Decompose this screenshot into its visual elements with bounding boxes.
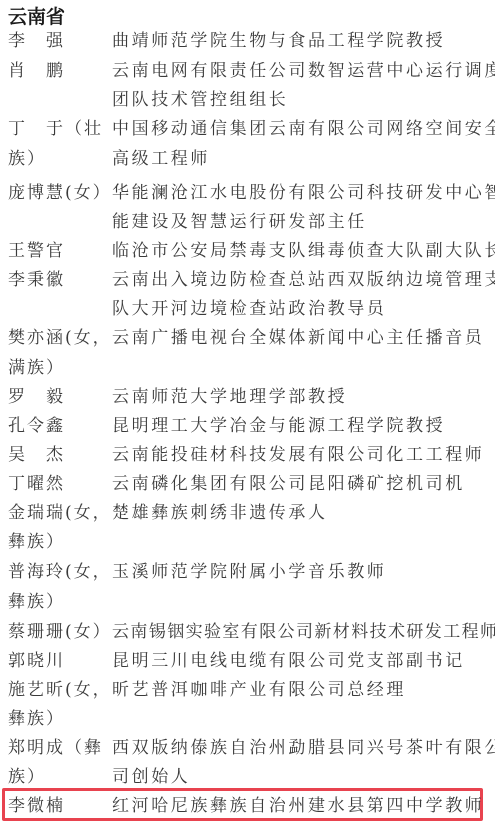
entry-name: 丁 于（壮 (8, 118, 103, 140)
entry-name: 丁曜然 (8, 473, 65, 495)
entry-name: 李 强 (8, 30, 65, 52)
entry-desc: 云南锡铟实验室有限公司新材料技术研发工程师 (112, 621, 495, 643)
entry-name: 施艺昕(女， (8, 679, 112, 701)
entry-name: 郑明成（彝 (8, 737, 103, 759)
entry-name: 彝族） (8, 708, 65, 730)
entry-name: 蔡珊珊(女） (8, 621, 112, 643)
entry-desc: 昆明三川电线电缆有限公司党支部副书记 (112, 650, 465, 672)
entry-name: 彝族） (8, 531, 65, 553)
entry-desc: 临沧市公安局禁毒支队缉毒侦查大队副大队长 (112, 240, 495, 262)
entry-name: 普海玲(女， (8, 561, 112, 583)
entry-name: 郭晓川 (8, 650, 65, 672)
entry-name: 王警官 (8, 240, 65, 262)
entry-desc: 曲靖师范学院生物与食品工程学院教授 (112, 30, 445, 52)
entry-desc: 中国移动通信集团云南有限公司网络空间安全 (112, 118, 495, 140)
entry-desc: 高级工程师 (112, 148, 210, 170)
entry-desc: 楚雄彝族刺绣非遗传承人 (112, 502, 328, 524)
entry-name: 罗 毅 (8, 386, 65, 408)
entry-desc: 云南师范大学地理学部教授 (112, 386, 347, 408)
entry-name: 樊亦涵(女， (8, 327, 112, 349)
entry-desc: 昕艺普洱咖啡产业有限公司总经理 (112, 679, 406, 701)
entry-name: 吴 杰 (8, 444, 65, 466)
entry-desc: 云南电网有限责任公司数智运营中心运行调度 (112, 60, 495, 82)
entry-name: 满族） (8, 357, 65, 379)
entry-desc: 西双版纳傣族自治州勐腊县同兴号茶叶有限公 (112, 737, 495, 759)
entry-name: 族） (8, 766, 46, 788)
entry-desc: 云南磷化集团有限公司昆阳磷矿挖机司机 (112, 473, 465, 495)
entry-desc: 能建设及智慧运行研发部主任 (112, 211, 367, 233)
entry-desc: 红河哈尼族彝族自治州建水县第四中学教师 (112, 795, 484, 817)
entry-name: 李秉徽 (8, 269, 65, 291)
entry-desc: 华能澜沧江水电股份有限公司科技研发中心智 (112, 182, 495, 204)
section-title-yunnan: 云南省 (8, 2, 65, 29)
entry-desc: 队大开河边境检查站政治教导员 (112, 298, 386, 320)
entry-name: 肖 鹏 (8, 60, 65, 82)
entry-name: 金瑞瑞(女， (8, 502, 112, 524)
entry-desc: 云南能投硅材科技发展有限公司化工工程师 (112, 444, 484, 466)
entry-desc: 云南出入境边防检查总站西双版纳边境管理支 (112, 269, 495, 291)
entry-name: 彝族） (8, 591, 65, 613)
entry-desc: 玉溪师范学院附属小学音乐教师 (112, 561, 386, 583)
entry-name: 李微楠 (8, 795, 65, 817)
entry-desc: 司创始人 (112, 766, 190, 788)
entry-desc: 昆明理工大学冶金与能源工程学院教授 (112, 415, 445, 437)
entry-name: 族） (8, 148, 46, 170)
entry-name: 孔令鑫 (8, 415, 65, 437)
entry-desc: 云南广播电视台全媒体新闻中心主任播音员 (112, 327, 484, 349)
entry-name: 庞博慧(女） (8, 182, 112, 204)
entry-desc: 团队技术管控组组长 (112, 89, 288, 111)
